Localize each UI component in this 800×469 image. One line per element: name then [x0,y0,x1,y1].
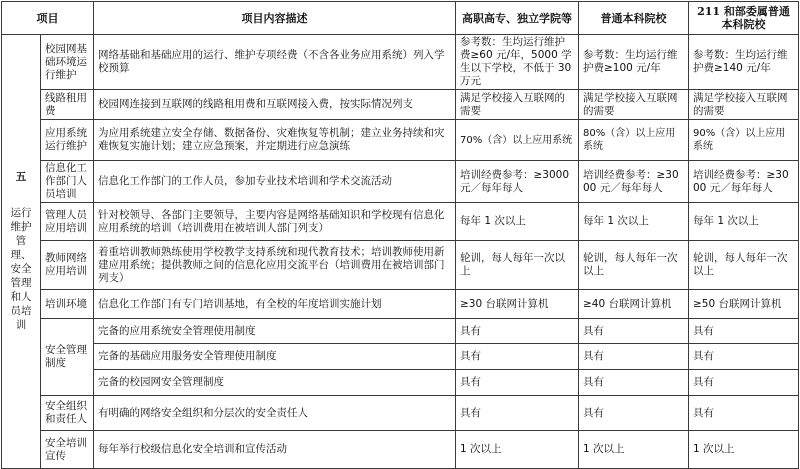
tier3-cell: ≥50 台联网计算机 [689,290,799,319]
tier3-cell: 参考数：生均运行维护费≥140 元/年 [689,35,799,90]
tier3-cell: 具有 [689,396,799,431]
tier2-cell: 满足学校接入互联网的需要 [579,90,689,120]
tier2-cell: 轮训，每人每年一次以上 [579,241,689,290]
table-row: 安全培训宣传 每年举行校级信息化安全培训和宣传活动 1 次以上 1 次以上 1 … [2,431,799,469]
section-name: 运行维护管理、安全管理和人员培训 [6,206,36,332]
table-row: 教师网络应用培训 着重培训教师熟练使用学校教学支持系统和现代教育技术；培训教师使… [2,241,799,290]
header-tier2: 普通本科院校 [579,2,689,35]
tier3-cell: 具有 [689,344,799,370]
table-row: 安全管理制度 完备的应用系统安全管理使用制度 具有 具有 具有 [2,319,799,344]
tier1-cell: 满足学校接入互联网的需要 [456,90,579,120]
table-row: 应用系统运行维护 为应用系统建立安全存储、数据备份、灾难恢复等机制；建立业务持续… [2,120,799,161]
tier1-cell: 参考数：生均运行维护费≥60 元/年，5000 学生以下学校，不低于 30 万元 [456,35,579,90]
table-row: 五 运行维护管理、安全管理和人员培训 校园网基础环境运行维护 网络基础和基础应用… [2,35,799,90]
tier3-cell: 90%（含）以上应用系统 [689,120,799,161]
standards-table: 项目 项目内容描述 高职高专、独立学院等 普通本科院校 211 和部委属普通本科… [1,1,799,469]
item-cell: 线路租用费 [41,90,94,120]
tier1-cell: 具有 [456,396,579,431]
item-cell: 校园网基础环境运行维护 [41,35,94,90]
tier2-cell: 参考数：生均运行维护费≥100 元/年 [579,35,689,90]
tier1-cell: 70%（含）以上应用系统 [456,120,579,161]
description-cell: 网络基础和基础应用的运行、维护专项经费（不含各业务应用系统）列入学校预算 [94,35,456,90]
tier3-cell: 轮训，每人每年一次以上 [689,241,799,290]
header-tier1: 高职高专、独立学院等 [456,2,579,35]
section-number: 五 [6,171,36,184]
table-row: 培训环境 信息化工作部门有专门培训基地，有全校的年度培训实施计划 ≥30 台联网… [2,290,799,319]
description-cell: 校园网连接到互联网的线路租用费和互联网接入费，按实际情况列支 [94,90,456,120]
tier2-cell: 每年 1 次以上 [579,203,689,241]
tier3-cell: 培训经费参考：≥3000 元／每年每人 [689,161,799,203]
table-row: 完备的校园网安全管理制度 具有 具有 具有 [2,370,799,396]
item-cell: 安全组织和责任人 [41,396,94,431]
item-cell: 培训环境 [41,290,94,319]
tier1-cell: 具有 [456,344,579,370]
table-row: 安全组织和责任人 有明确的网络安全组织和分层次的安全责任人 具有 具有 具有 [2,396,799,431]
tier2-cell: 培训经费参考：≥3000 元／每年每人 [579,161,689,203]
description-cell: 完备的基础应用服务安全管理使用制度 [94,344,456,370]
item-cell: 管理人员应用培训 [41,203,94,241]
tier1-cell: 轮训，每人每年一次以上 [456,241,579,290]
tier2-cell: 具有 [579,396,689,431]
section-cell: 五 运行维护管理、安全管理和人员培训 [2,35,41,469]
description-cell: 信息化工作部门的工作人员，参加专业技术培训和学术交流活动 [94,161,456,203]
description-cell: 每年举行校级信息化安全培训和宣传活动 [94,431,456,469]
table-row: 管理人员应用培训 针对校领导、各部门主要领导，主要内容是网络基础知识和学校现有信… [2,203,799,241]
tier3-cell: 满足学校接入互联网的需要 [689,90,799,120]
table-row: 信息化工作部门人员培训 信息化工作部门的工作人员，参加专业技术培训和学术交流活动… [2,161,799,203]
tier3-cell: 具有 [689,319,799,344]
tier1-cell: 培训经费参考：≥3000 元／每年每人 [456,161,579,203]
description-cell: 着重培训教师熟练使用学校教学支持系统和现代教育技术；培训教师使用新建应用系统；提… [94,241,456,290]
header-item: 项目 [2,2,94,35]
tier2-cell: 具有 [579,370,689,396]
table-row: 线路租用费 校园网连接到互联网的线路租用费和互联网接入费，按实际情况列支 满足学… [2,90,799,120]
tier1-cell: 具有 [456,319,579,344]
tier1-cell: 具有 [456,370,579,396]
tier2-cell: 80%（含）以上应用系统 [579,120,689,161]
item-cell: 应用系统运行维护 [41,120,94,161]
description-cell: 信息化工作部门有专门培训基地，有全校的年度培训实施计划 [94,290,456,319]
header-description: 项目内容描述 [94,2,456,35]
item-cell: 教师网络应用培训 [41,241,94,290]
tier3-cell: 每年 1 次以上 [689,203,799,241]
tier1-cell: 每年 1 次以上 [456,203,579,241]
description-cell: 有明确的网络安全组织和分层次的安全责任人 [94,396,456,431]
description-cell: 为应用系统建立安全存储、数据备份、灾难恢复等机制；建立业务持续和灾难恢复实施计划… [94,120,456,161]
item-cell: 安全管理制度 [41,319,94,396]
tier3-cell: 1 次以上 [689,431,799,469]
tier1-cell: 1 次以上 [456,431,579,469]
header-row: 项目 项目内容描述 高职高专、独立学院等 普通本科院校 211 和部委属普通本科… [2,2,799,35]
description-cell: 完备的应用系统安全管理使用制度 [94,319,456,344]
tier3-cell: 具有 [689,370,799,396]
header-tier3: 211 和部委属普通本科院校 [689,2,799,35]
tier1-cell: ≥30 台联网计算机 [456,290,579,319]
item-cell: 信息化工作部门人员培训 [41,161,94,203]
item-cell: 安全培训宣传 [41,431,94,469]
description-cell: 针对校领导、各部门主要领导，主要内容是网络基础知识和学校现有信息化应用系统的培训… [94,203,456,241]
tier2-cell: 具有 [579,319,689,344]
description-cell: 完备的校园网安全管理制度 [94,370,456,396]
tier2-cell: 具有 [579,344,689,370]
table-row: 完备的基础应用服务安全管理使用制度 具有 具有 具有 [2,344,799,370]
tier2-cell: ≥40 台联网计算机 [579,290,689,319]
tier2-cell: 1 次以上 [579,431,689,469]
